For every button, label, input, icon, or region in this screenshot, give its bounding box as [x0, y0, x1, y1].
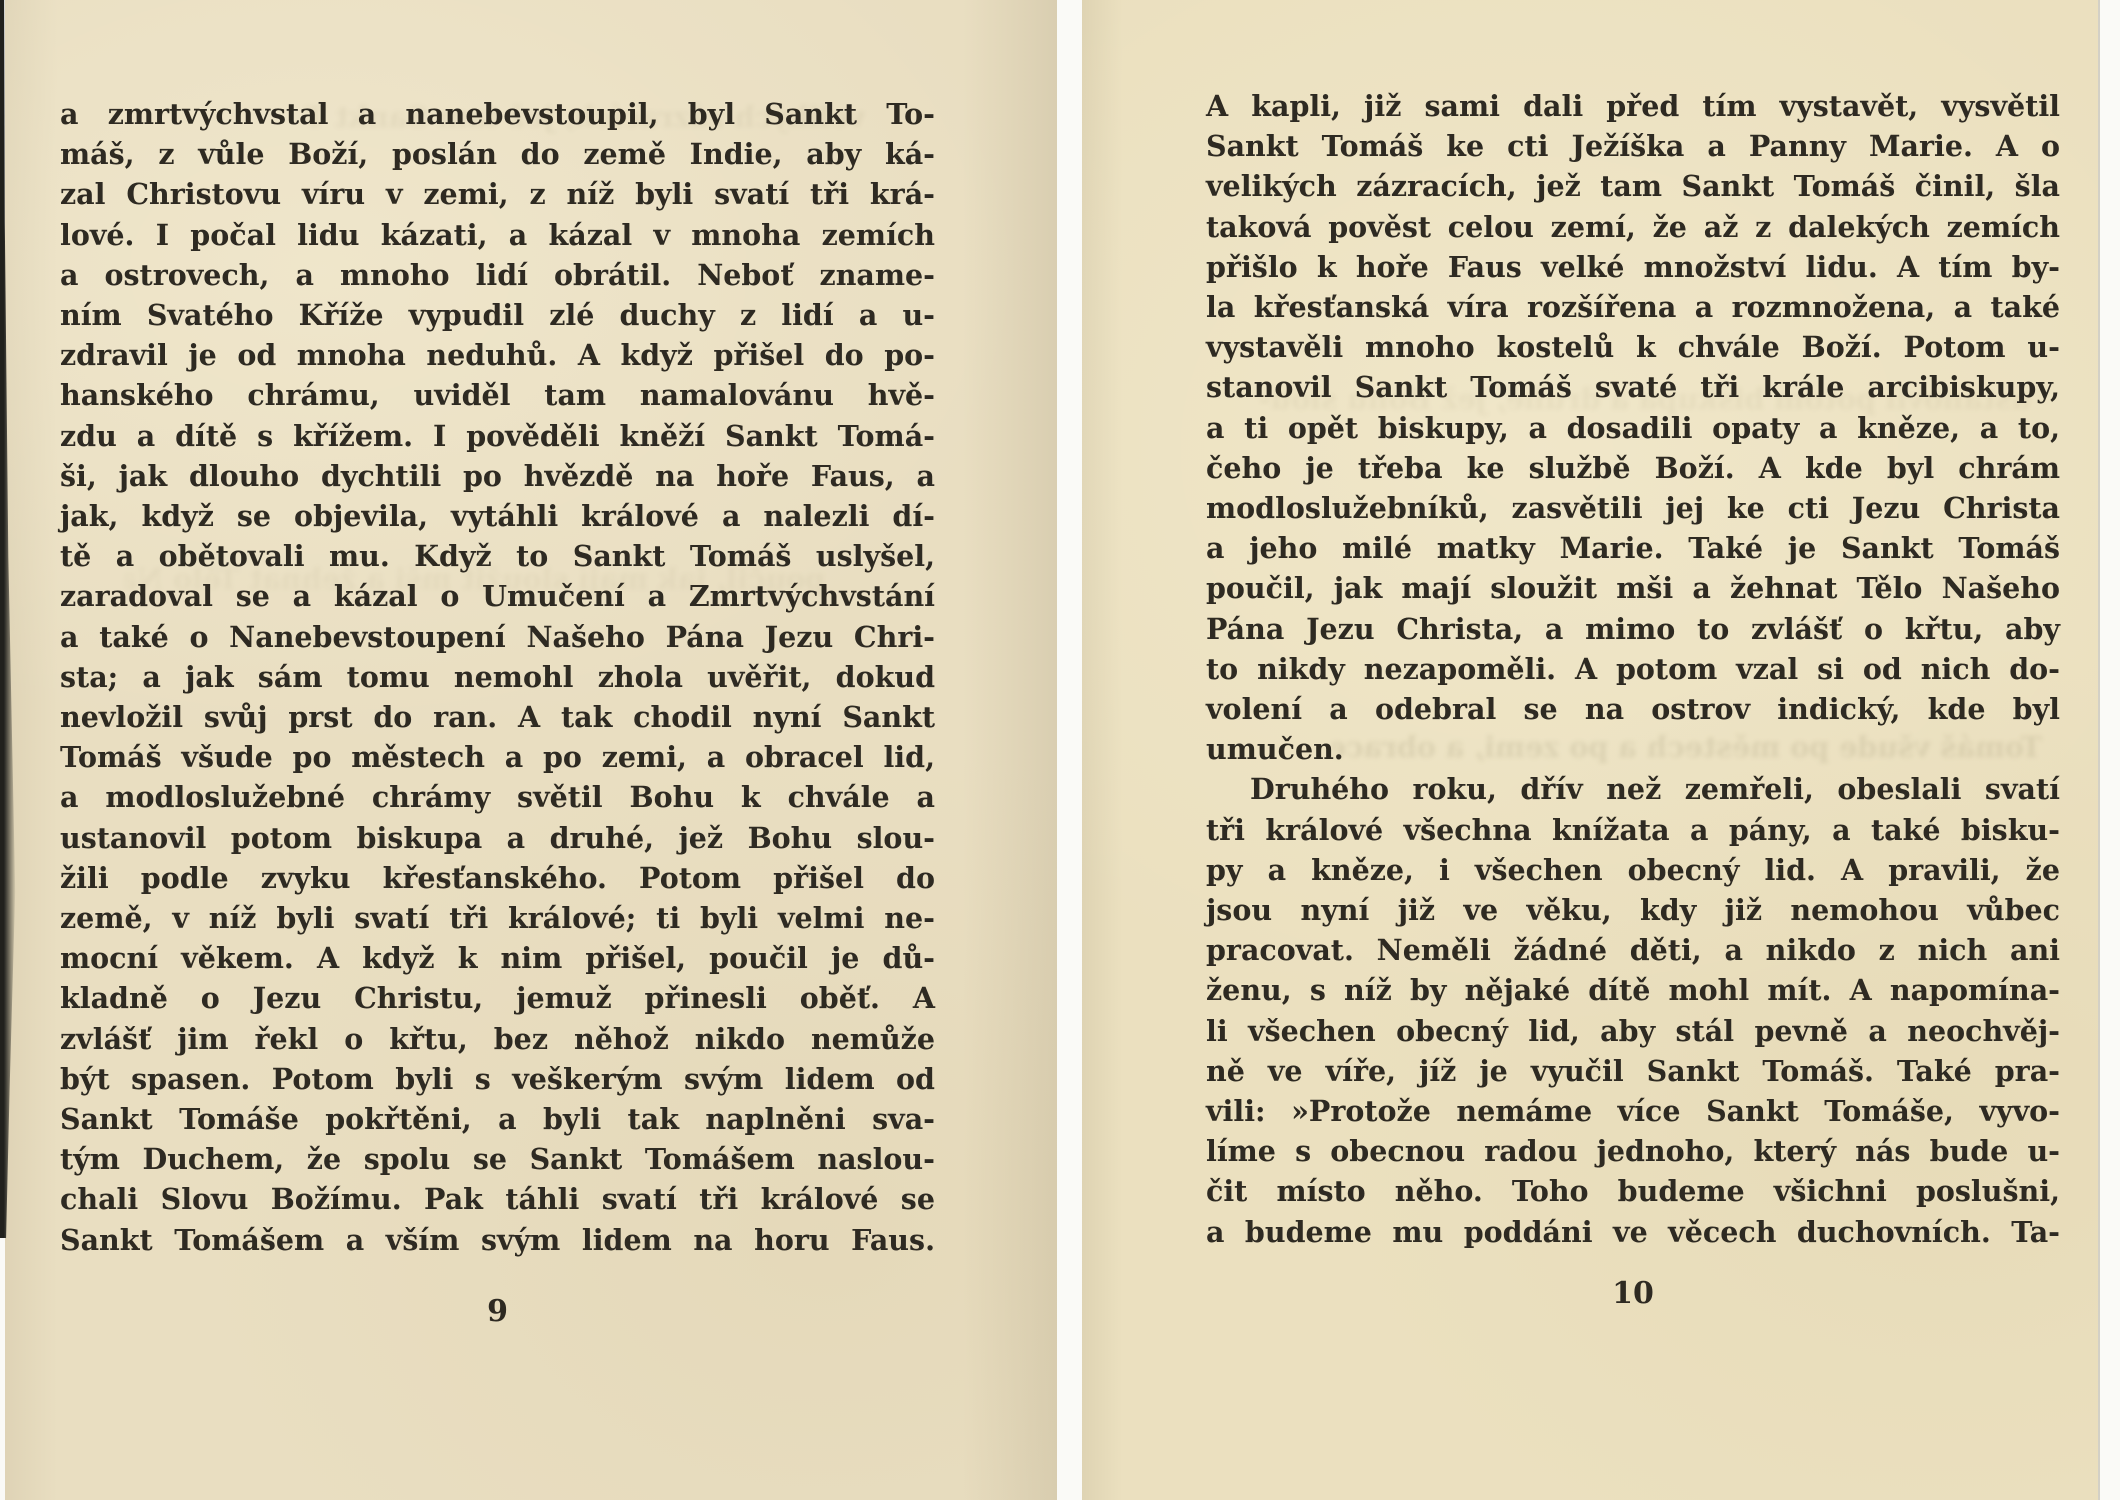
text-line: vystavěli mnoho kostelů k chvále Boží. P… [1206, 327, 2060, 367]
text-line: taková pověst celou zemí, že až z daleký… [1206, 207, 2060, 247]
text-line: chali Slovu Božímu. Pak táhli svatí tři … [60, 1179, 935, 1219]
text-line: přišlo k hoře Faus velké množství lidu. … [1206, 247, 2060, 287]
text-line: Pána Jezu Christa, a mimo to zvlášť o kř… [1206, 609, 2060, 649]
text-line: poučil, jak mají sloužit mši a žehnat Tě… [1206, 568, 2060, 608]
text-line: A kapli, již sami dali před tím vystavět… [1206, 86, 2060, 126]
text-line: zdravil je od mnoha neduhů. A když přiše… [60, 335, 935, 375]
text-line: kladně o Jezu Christu, jemuž přinesli ob… [60, 978, 935, 1018]
text-line: žili podle zvyku křesťanského. Potom při… [60, 858, 935, 898]
text-line: jsou nyní již ve věku, kdy již nemohou v… [1206, 890, 2060, 930]
text-line: py a kněze, i všechen obecný lid. A prav… [1206, 850, 2060, 890]
text-line: modloslužebníků, zasvětili jej ke cti Je… [1206, 488, 2060, 528]
text-line: a zmrtvýchvstal a nanebevstoupil, byl Sa… [60, 94, 935, 134]
text-line: ním Svatého Kříže vypudil zlé duchy z li… [60, 295, 935, 335]
text-line: nevložil svůj prst do ran. A tak chodil … [60, 697, 935, 737]
text-line: hanského chrámu, uviděl tam namalovánu h… [60, 375, 935, 415]
text-line: Sankt Tomáše pokřtěni, a byli tak naplně… [60, 1099, 935, 1139]
text-line: vili: »Protože nemáme více Sankt Tomáše,… [1206, 1091, 2060, 1131]
text-line: zdu a dítě s křížem. I pověděli kněží Sa… [60, 416, 935, 456]
text-line: čit místo něho. Toho budeme všichni posl… [1206, 1171, 2060, 1211]
text-line: Sankt Tomáš ke cti Ježíška a Panny Marie… [1206, 126, 2060, 166]
text-line: to nikdy nezapoměli. A potom vzal si od … [1206, 649, 2060, 689]
text-line: a modloslužebné chrámy světil Bohu k chv… [60, 777, 935, 817]
text-line: a jeho milé matky Marie. Také je Sankt T… [1206, 528, 2060, 568]
text-line: tě a obětovali mu. Když to Sankt Tomáš u… [60, 536, 935, 576]
text-line: Tomáš všude po městech a po zemi, a obra… [60, 737, 935, 777]
text-line: zal Christovu víru v zemi, z níž byli sv… [60, 174, 935, 214]
text-line: la křesťanská víra rozšířena a rozmnožen… [1206, 287, 2060, 327]
text-line: li všechen obecný lid, aby stál pevně a … [1206, 1011, 2060, 1051]
text-line: tým Duchem, že spolu se Sankt Tomášem na… [60, 1139, 935, 1179]
page-left: velikých zázracích, jež tam Sankt Tomáš … [5, 0, 1057, 1500]
text-line: líme s obecnou radou jednoho, který nás … [1206, 1131, 2060, 1171]
text-line: mocní věkem. A když k nim přišel, poučil… [60, 938, 935, 978]
page-left-text: a zmrtvýchvstal a nanebevstoupil, byl Sa… [60, 94, 935, 1260]
text-line: stanovil Sankt Tomáš svaté tři krále arc… [1206, 367, 2060, 407]
text-line: být spasen. Potom byli s veškerým svým l… [60, 1059, 935, 1099]
scanned-book-spread: { "document": { "kind": "scanned-book-sp… [0, 0, 2120, 1500]
text-line: máš, z vůle Boží, poslán do země Indie, … [60, 134, 935, 174]
page-right: Tomáš všude po městech a po zemi, a obra… [1082, 0, 2100, 1500]
text-line: zaradoval se a kázal o Umučení a Zmrtvýc… [60, 576, 935, 616]
text-line: a také o Nanebevstoupení Našeho Pána Jez… [60, 617, 935, 657]
page-right-number: 10 [1206, 1276, 2060, 1311]
page-left-number: 9 [60, 1294, 935, 1329]
text-line: Druhého roku, dřív než zemřeli, obeslali… [1206, 769, 2060, 809]
text-line: velikých zázracích, jež tam Sankt Tomáš … [1206, 166, 2060, 206]
text-line: a ti opět biskupy, a dosadili opaty a kn… [1206, 408, 2060, 448]
text-line: pracovat. Neměli žádné děti, a nikdo z n… [1206, 930, 2060, 970]
text-line: Sankt Tomášem a vším svým lidem na horu … [60, 1220, 935, 1260]
text-line: ženu, s níž by nějaké dítě mohl mít. A n… [1206, 970, 2060, 1010]
text-line: umučen. [1206, 729, 2060, 769]
text-line: a ostrovech, a mnoho lidí obrátil. Neboť… [60, 255, 935, 295]
text-line: zvlášť jim řekl o křtu, bez něhož nikdo … [60, 1019, 935, 1059]
text-line: země, v níž byli svatí tři králové; ti b… [60, 898, 935, 938]
text-line: ustanovil potom biskupa a druhé, jež Boh… [60, 818, 935, 858]
text-line: volení a odebral se na ostrov indický, k… [1206, 689, 2060, 729]
text-line: tři králové všechna knížata a pány, a ta… [1206, 810, 2060, 850]
page-right-text: A kapli, již sami dali před tím vystavět… [1206, 86, 2060, 1252]
text-line: a budeme mu poddáni ve věcech duchovních… [1206, 1212, 2060, 1252]
text-line: ně ve víře, jíž je vyučil Sankt Tomáš. T… [1206, 1051, 2060, 1091]
text-line: ši, jak dlouho dychtili po hvězdě na hoř… [60, 456, 935, 496]
text-line: jak, když se objevila, vytáhli králové a… [60, 496, 935, 536]
text-line: lové. I počal lidu kázati, a kázal v mno… [60, 215, 935, 255]
text-line: čeho je třeba ke službě Boží. A kde byl … [1206, 448, 2060, 488]
text-line: sta; a jak sám tomu nemohl zhola uvěřit,… [60, 657, 935, 697]
